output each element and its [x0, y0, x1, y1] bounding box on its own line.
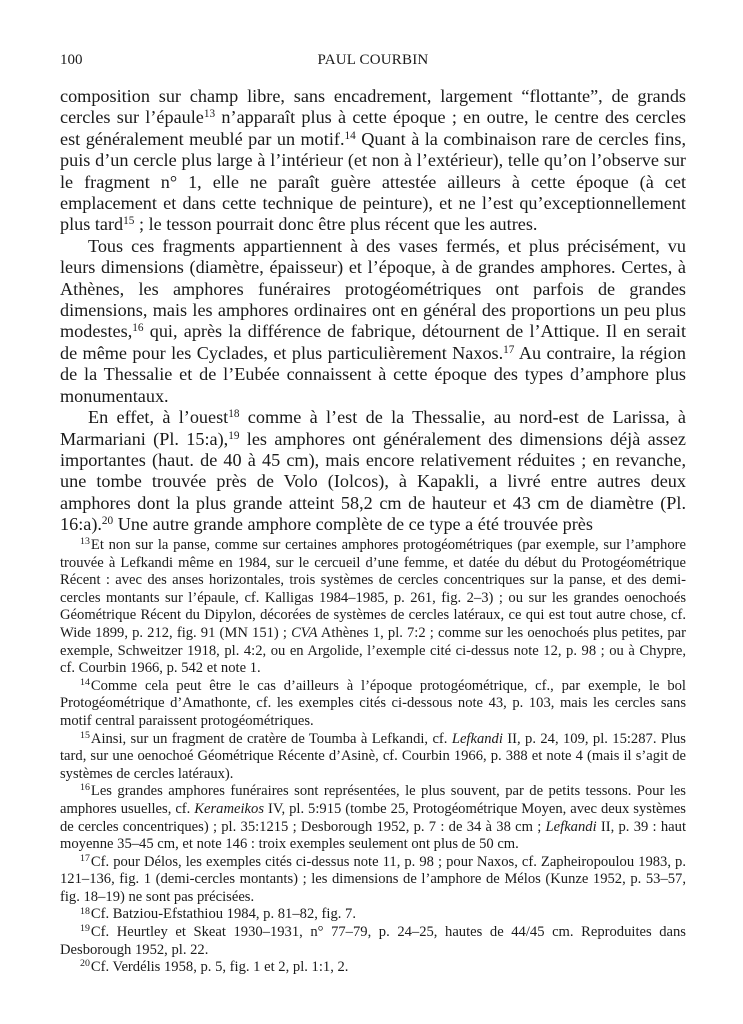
footnote-number: 14	[80, 677, 90, 688]
text-run: Une autre grande amphore complète de ce …	[113, 514, 593, 534]
footnote-13: 13Et non sur la panse, comme sur certain…	[60, 537, 686, 678]
body-paragraph: Tous ces fragments appartiennent à des v…	[60, 236, 686, 407]
footnote-reference[interactable]: 16	[132, 322, 143, 334]
body-paragraph: En effet, à l’ouest18 comme à l’est de l…	[60, 407, 686, 535]
text-run: Comme cela peut être le cas d’ailleurs à…	[60, 678, 686, 729]
footnote-reference[interactable]: 15	[123, 215, 134, 227]
footnote-number: 16	[80, 782, 90, 793]
italic-title: Lefkandi	[546, 819, 597, 835]
footnote-reference[interactable]: 13	[204, 108, 215, 120]
running-title: PAUL COURBIN	[60, 50, 686, 70]
footnote-19: 19Cf. Heurtley et Skeat 1930–1931, n° 77…	[60, 924, 686, 959]
footnote-number: 19	[80, 923, 90, 934]
footnote-reference[interactable]: 19	[228, 429, 239, 441]
footnote-18: 18Cf. Batziou-Efstathiou 1984, p. 81–82,…	[60, 906, 686, 924]
italic-title: Lefkandi	[452, 731, 503, 747]
italic-title: CVA	[291, 625, 317, 641]
footnote-15: 15Ainsi, sur un fragment de cratère de T…	[60, 731, 686, 784]
italic-title: Kerameikos	[194, 801, 264, 817]
footnote-number: 13	[80, 536, 90, 547]
footnote-20: 20Cf. Verdélis 1958, p. 5, fig. 1 et 2, …	[60, 959, 686, 977]
footnote-17: 17Cf. pour Délos, les exemples cités ci-…	[60, 854, 686, 907]
text-run: Cf. Batziou-Efstathiou 1984, p. 81–82, f…	[91, 906, 356, 922]
text-run: ; le tesson pourrait donc être plus réce…	[134, 214, 537, 234]
footnote-14: 14Comme cela peut être le cas d’ailleurs…	[60, 678, 686, 731]
footnote-number: 15	[80, 730, 90, 741]
text-run: En effet, à l’ouest	[88, 407, 228, 427]
text-run: Cf. pour Délos, les exemples cités ci-de…	[60, 854, 686, 905]
footnote-reference[interactable]: 18	[228, 408, 239, 420]
footnote-16: 16Les grandes amphores funéraires sont r…	[60, 783, 686, 853]
body-text: composition sur champ libre, sans encadr…	[60, 86, 686, 536]
footnotes: 13Et non sur la panse, comme sur certain…	[60, 537, 686, 977]
running-head: 100 PAUL COURBIN	[60, 50, 686, 70]
footnote-number: 20	[80, 958, 90, 969]
text-run: Cf. Heurtley et Skeat 1930–1931, n° 77–7…	[60, 924, 686, 958]
footnote-reference[interactable]: 20	[102, 515, 113, 527]
footnote-number: 18	[80, 906, 90, 917]
text-run: Cf. Verdélis 1958, p. 5, fig. 1 et 2, pl…	[91, 959, 349, 975]
footnote-number: 17	[80, 853, 90, 864]
footnote-reference[interactable]: 14	[345, 130, 356, 142]
text-run: Ainsi, sur un fragment de cratère de Tou…	[91, 731, 452, 747]
body-paragraph: composition sur champ libre, sans encadr…	[60, 86, 686, 236]
footnote-reference[interactable]: 17	[503, 344, 514, 356]
